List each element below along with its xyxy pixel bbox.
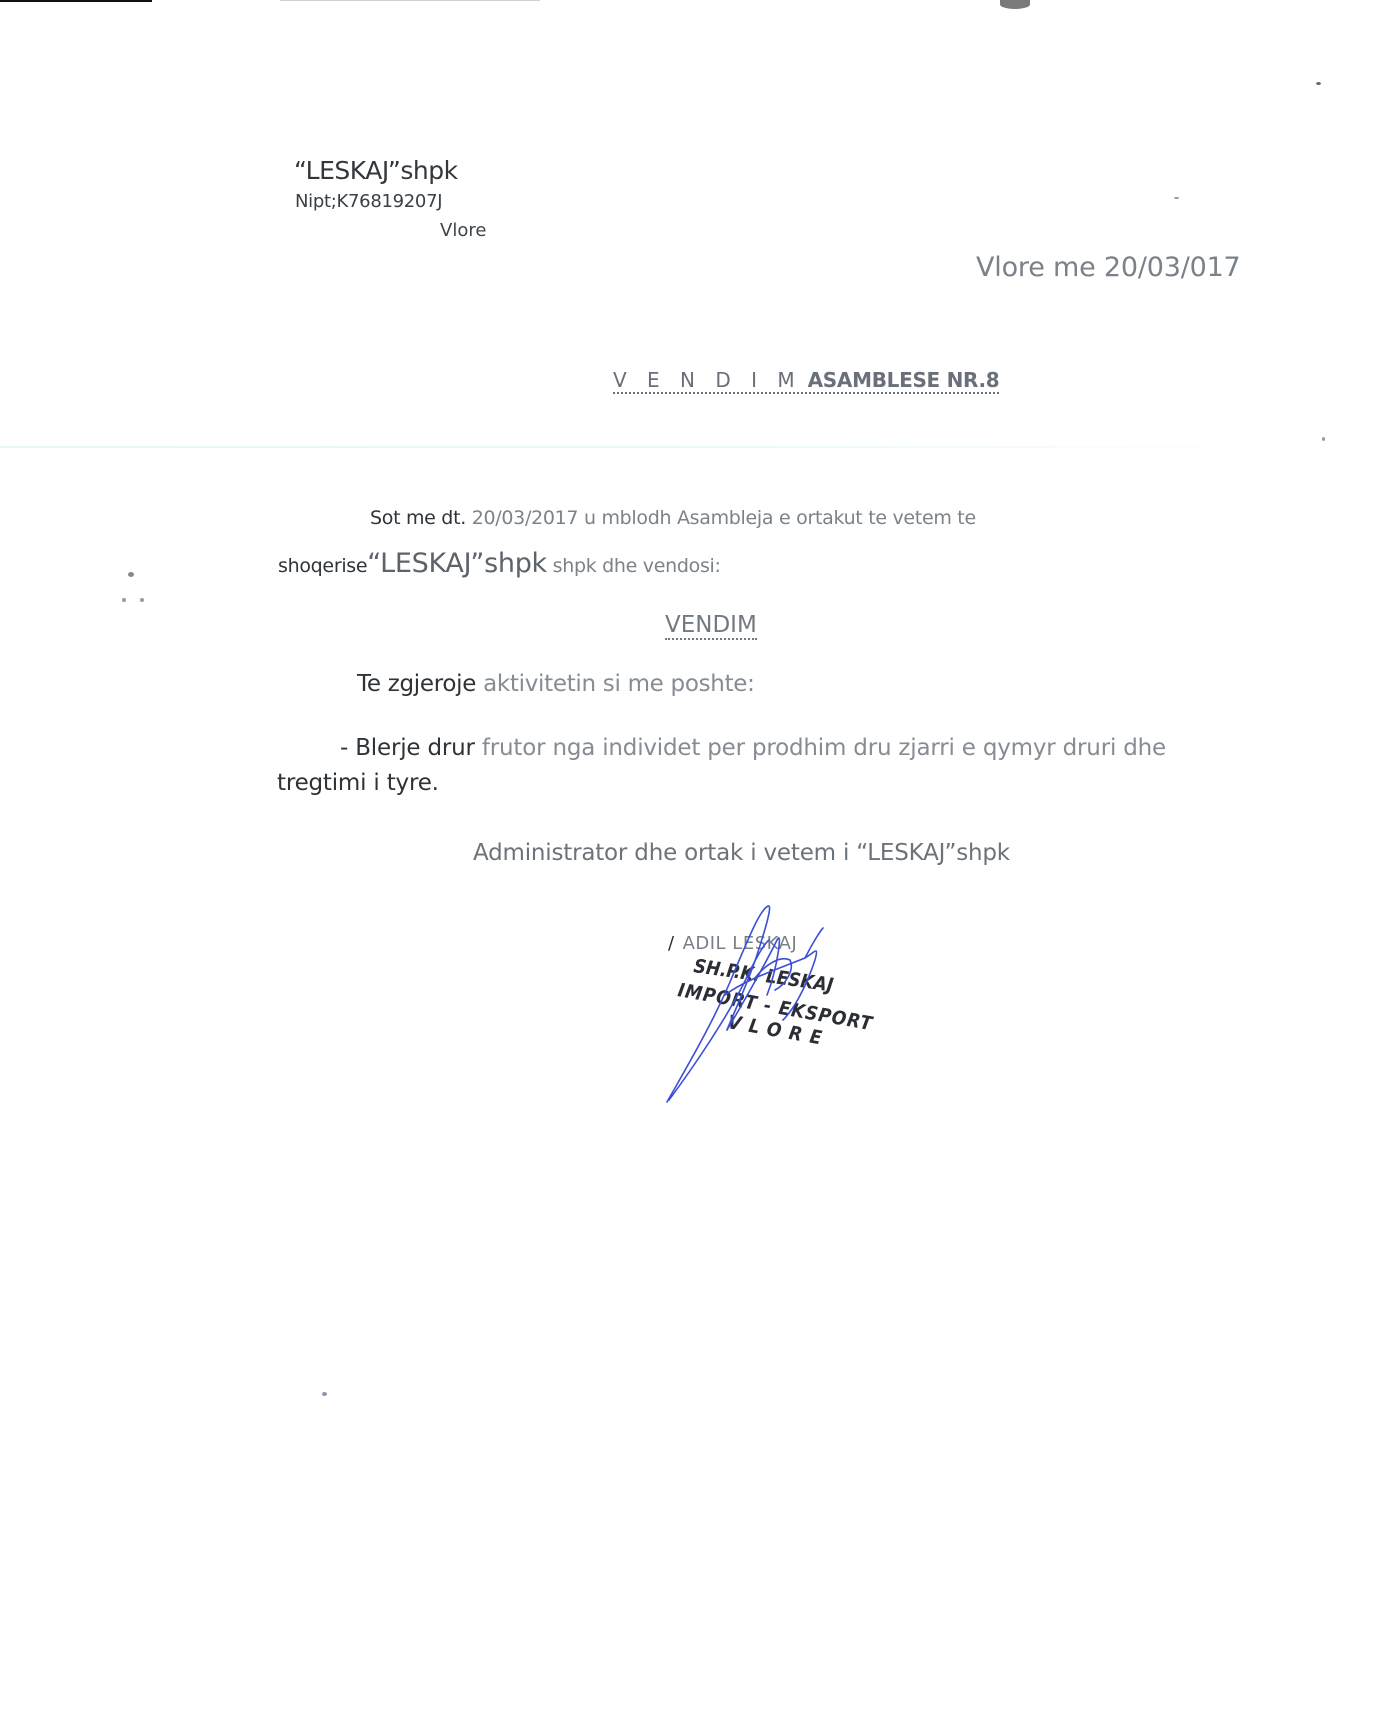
decision-item: - Blerje drur frutor nga individet per p… bbox=[340, 737, 1166, 760]
intro-line-1-rest: 20/03/2017 u mblodh Asambleja e ortakut … bbox=[466, 507, 976, 529]
scan-edge-artifact bbox=[1000, 0, 1030, 9]
decision-heading: VENDIM bbox=[665, 614, 757, 640]
title-spaced: V E N D I M bbox=[613, 368, 802, 392]
decision-intro-rest: aktivitetin si me poshte: bbox=[476, 671, 755, 697]
scan-speck bbox=[128, 572, 134, 577]
stamp-and-signature: SH.P.K. LESKAJ IMPORT - EKSPORT VLORE bbox=[665, 900, 905, 1110]
document-title: V E N D I MASAMBLESE NR.8 bbox=[613, 370, 999, 394]
item-text-dark: Blerje drur bbox=[355, 735, 475, 761]
scan-speck bbox=[140, 598, 144, 602]
intro-line-1: Sot me dt. 20/03/2017 u mblodh Asambleja… bbox=[370, 509, 976, 528]
intro-line-2-prefix: shoqerise bbox=[278, 555, 367, 577]
title-rest: ASAMBLESE NR.8 bbox=[808, 368, 1000, 392]
company-nipt: Nipt;K76819207J bbox=[295, 193, 442, 211]
decision-item-continuation: tregtimi i tyre. bbox=[277, 772, 439, 795]
date-line: Vlore me 20/03/017 bbox=[976, 254, 1241, 281]
scan-edge-artifact bbox=[0, 0, 152, 2]
company-city: Vlore bbox=[440, 222, 486, 240]
scan-speck bbox=[1316, 82, 1321, 85]
scan-edge-artifact bbox=[280, 0, 540, 1]
intro-line-2-rest: shpk dhe vendosi: bbox=[547, 555, 721, 577]
item-bullet: - bbox=[340, 735, 355, 761]
scan-speck bbox=[1174, 197, 1179, 199]
signature-role: Administrator dhe ortak i vetem i “LESKA… bbox=[473, 842, 1010, 865]
company-name: “LESKAJ”shpk bbox=[294, 158, 458, 183]
item-text-rest: frutor nga individet per prodhim dru zja… bbox=[475, 735, 1166, 761]
decision-intro: Te zgjeroje aktivitetin si me poshte: bbox=[357, 673, 755, 696]
intro-line-1-dark: Sot me dt. bbox=[370, 507, 466, 529]
scan-speck bbox=[1322, 437, 1325, 441]
decision-intro-dark: Te zgjeroje bbox=[357, 671, 476, 697]
scan-speck bbox=[122, 598, 126, 602]
scan-speck bbox=[322, 1392, 327, 1396]
intro-line-2-company: “LESKAJ”shpk bbox=[367, 548, 547, 579]
intro-line-2: shoqerise“LESKAJ”shpk shpk dhe vendosi: bbox=[278, 550, 721, 577]
scan-line bbox=[0, 446, 1260, 448]
